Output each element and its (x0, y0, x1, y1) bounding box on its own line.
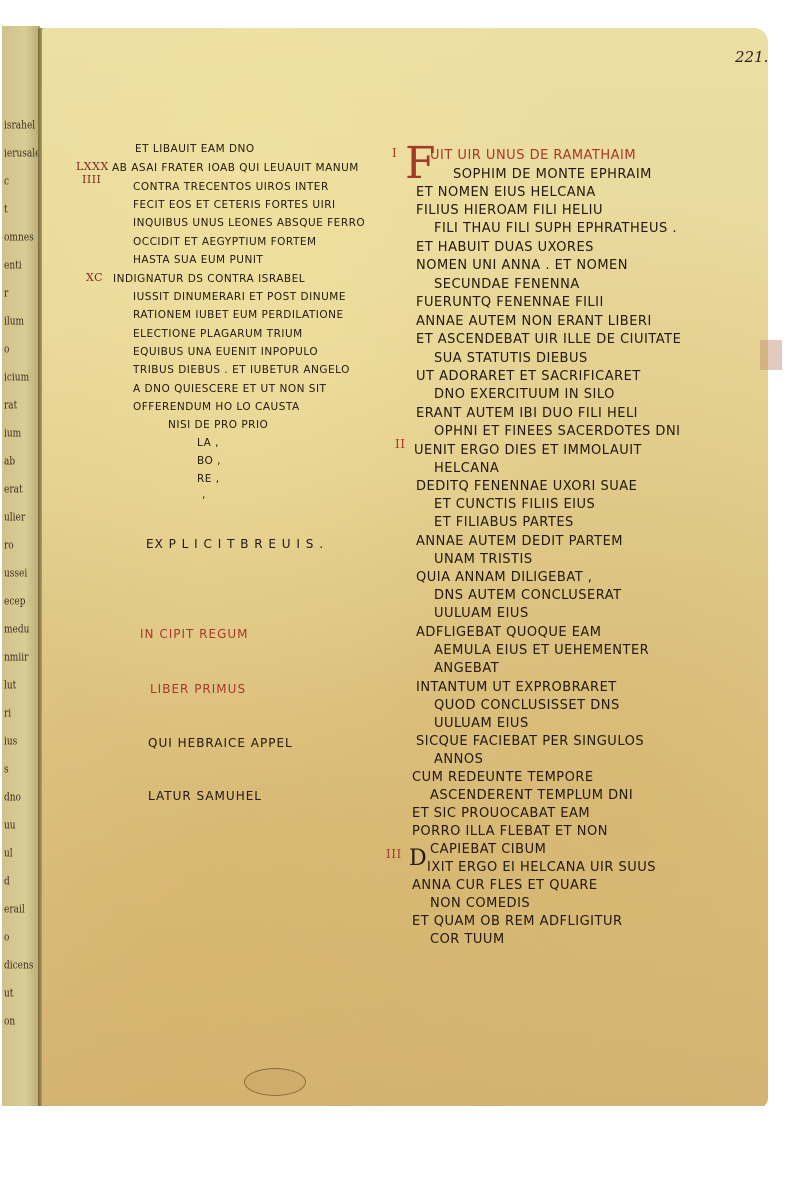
text-line: Anna cur fles et quare (412, 878, 598, 893)
text-line: Annae autem non erant liberi (416, 314, 652, 329)
text-line: sophim de monte ephraim (453, 167, 652, 182)
initial-d: D (409, 848, 427, 870)
text-line: annos (434, 752, 483, 767)
text-line: secundae fenenna (434, 277, 580, 292)
text-line: capiebat cibum (430, 842, 546, 857)
text-line: Fueruntq fenennae filii (416, 295, 604, 310)
text-line: Erant autem ibi duo fili heli (416, 406, 638, 421)
text-line: uuluam eius (434, 716, 529, 731)
text-line: Uenit ergo dies et immolauit (414, 443, 642, 458)
text-line: et filiabus partes (434, 515, 574, 530)
parchment-stain (244, 1068, 306, 1096)
text-line: aemula eius et uehementer (434, 643, 649, 658)
right-column: FDIIIIIIuit uir unus de ramathaimsophim … (0, 0, 800, 1000)
text-line: Filius hieroam fili heliu (416, 203, 603, 218)
chapter-number: II (395, 437, 405, 451)
text-line: Et nomen eius helcana (416, 185, 596, 200)
text-line: Quia annam diligebat , (416, 570, 592, 585)
text-line: sua statutis diebus (434, 351, 588, 366)
text-line: Annae autem dedit partem (416, 534, 623, 549)
previous-page-text-fragment: on (4, 1016, 15, 1028)
text-line: cor tuum (430, 932, 505, 947)
text-line: unam tristis (434, 552, 533, 567)
text-line: Sicque faciebat per singulos (416, 734, 644, 749)
text-line: non comedis (430, 896, 530, 911)
text-line: Et ascendebat uir ille de ciuitate (416, 332, 681, 347)
text-line: Et habuit duas uxores (416, 240, 594, 255)
text-line: dno exercituum in silo (434, 387, 615, 402)
text-line: ophni et finees sacerdotes dni (434, 424, 681, 439)
text-line: helcana (434, 461, 499, 476)
text-line: Adfligebat quoque eam (416, 625, 602, 640)
chapter-number: I (392, 146, 397, 160)
text-line: ascenderent templum dni (430, 788, 633, 803)
text-line: uuluam eius (434, 606, 529, 621)
text-line: Cum redeunte tempore (412, 770, 594, 785)
text-line: ixit ergo ei helcana uir suus (427, 860, 656, 875)
text-line: fili thau fili suph ephratheus . (434, 221, 677, 236)
text-line: angebat (434, 661, 499, 676)
text-line: Porro illa flebat et non (412, 824, 608, 839)
page-background (0, 1106, 800, 1187)
text-line: Et quam ob rem adfligitur (412, 914, 623, 929)
chapter-number: III (386, 847, 402, 861)
text-line: Ut adoraret et sacrificaret (416, 369, 641, 384)
text-line: dns autem concluserat (434, 588, 622, 603)
text-line: Nomen uni anna . et nomen (416, 258, 628, 273)
text-line: quod conclusisset dns (434, 698, 620, 713)
text-line: uit uir unus de ramathaim (430, 148, 636, 163)
text-line: Et sic prouocabat eam (412, 806, 590, 821)
text-line: Deditq fenennae uxori suae (416, 479, 637, 494)
text-line: et cunctis filiis eius (434, 497, 595, 512)
text-line: Intantum ut exprobraret (416, 680, 617, 695)
